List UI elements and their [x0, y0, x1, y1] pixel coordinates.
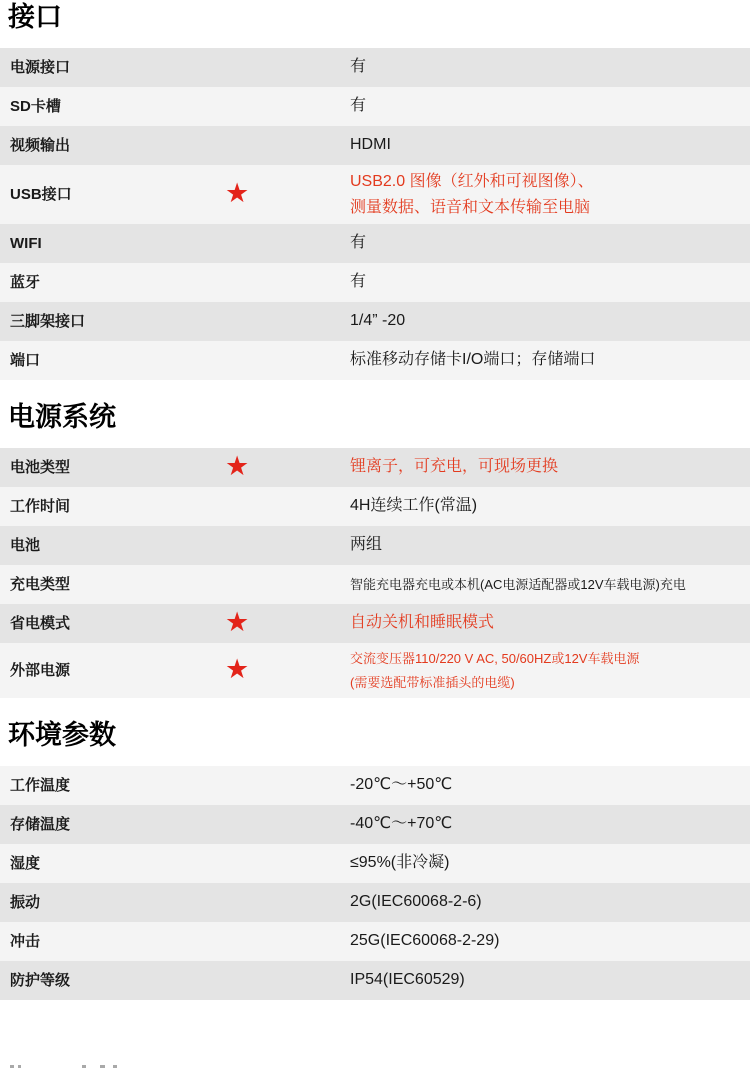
- section-title: 接口: [0, 2, 750, 33]
- spec-label: WIFI: [0, 234, 215, 254]
- star-cell: ★: [215, 610, 350, 637]
- spec-value: 交流变压器110/220 V AC, 50/60HZ或12V车载电源 (需要选配…: [350, 643, 750, 698]
- spec-value: HDMI: [350, 129, 750, 162]
- star-cell: [215, 824, 350, 825]
- spec-value: -20℃～+50℃: [350, 769, 750, 802]
- star-cell: [215, 360, 350, 361]
- spec-section: 电源系统 电池类型 ★ 锂离子，可充电，可现场更换 工作时间 4H连续工作(常温…: [0, 402, 750, 698]
- spec-row: 外部电源 ★ 交流变压器110/220 V AC, 50/60HZ或12V车载电…: [0, 643, 750, 698]
- star-cell: [215, 67, 350, 68]
- spec-label: 充电类型: [0, 575, 215, 595]
- star-cell: [215, 282, 350, 283]
- spec-value: 有: [350, 90, 750, 123]
- spec-label: SD卡槽: [0, 97, 215, 117]
- spec-value: IP54(IEC60529): [350, 964, 750, 997]
- spec-label: 湿度: [0, 854, 215, 874]
- star-cell: [215, 863, 350, 864]
- section-title: 环境参数: [0, 720, 750, 751]
- star-cell: [215, 941, 350, 942]
- star-cell: [215, 584, 350, 585]
- spec-row: SD卡槽 有: [0, 87, 750, 126]
- star-icon: ★: [225, 609, 249, 636]
- sections-container: 接口 电源接口 有 SD卡槽 有 视频输出 HDMI USB接口 ★ USB2.…: [0, 2, 750, 1000]
- spec-value: 1/4” -20: [350, 305, 750, 338]
- star-cell: [215, 321, 350, 322]
- spec-row: 工作时间 4H连续工作(常温): [0, 487, 750, 526]
- spec-row: 冲击 25G(IEC60068-2-29): [0, 922, 750, 961]
- spec-label: USB接口: [0, 185, 215, 205]
- spec-label: 省电模式: [0, 614, 215, 634]
- spec-row: 振动 2G(IEC60068-2-6): [0, 883, 750, 922]
- star-cell: [215, 902, 350, 903]
- star-cell: [215, 506, 350, 507]
- spec-value: 有: [350, 266, 750, 299]
- spec-value: 自动关机和睡眠模式: [350, 607, 750, 640]
- star-icon: ★: [225, 453, 249, 480]
- spec-row: 存储温度 -40℃～+70℃: [0, 805, 750, 844]
- spec-label: 工作温度: [0, 776, 215, 796]
- spec-section: 接口 电源接口 有 SD卡槽 有 视频输出 HDMI USB接口 ★ USB2.…: [0, 2, 750, 380]
- spec-label: 电池: [0, 536, 215, 556]
- spec-section: 环境参数 工作温度 -20℃～+50℃ 存储温度 -40℃～+70℃ 湿度 ≤9…: [0, 720, 750, 1000]
- section-title: 电源系统: [0, 402, 750, 433]
- spec-label: 视频输出: [0, 136, 215, 156]
- spec-row: 视频输出 HDMI: [0, 126, 750, 165]
- spec-label: 外部电源: [0, 661, 215, 681]
- star-cell: [215, 980, 350, 981]
- spec-row: 工作温度 -20℃～+50℃: [0, 766, 750, 805]
- spec-value: ≤95%(非冷凝): [350, 847, 750, 880]
- spec-label: 电池类型: [0, 458, 215, 478]
- spec-value: 2G(IEC60068-2-6): [350, 886, 750, 919]
- spec-table: 电源接口 有 SD卡槽 有 视频输出 HDMI USB接口 ★ USB2.0 图…: [0, 48, 750, 380]
- spec-label: 防护等级: [0, 971, 215, 991]
- clipped-text-fragment: [0, 1062, 750, 1068]
- spec-page: 接口 电源接口 有 SD卡槽 有 视频输出 HDMI USB接口 ★ USB2.…: [0, 2, 750, 1068]
- spec-value: USB2.0 图像（红外和可视图像）、 测量数据、语音和文本传输至电脑: [350, 165, 750, 224]
- spec-row: USB接口 ★ USB2.0 图像（红外和可视图像）、 测量数据、语音和文本传输…: [0, 165, 750, 224]
- spec-value: 4H连续工作(常温): [350, 490, 750, 523]
- star-cell: [215, 243, 350, 244]
- spec-label: 端口: [0, 351, 215, 371]
- spec-value: -40℃～+70℃: [350, 808, 750, 841]
- star-cell: [215, 106, 350, 107]
- spec-label: 蓝牙: [0, 273, 215, 293]
- spec-table: 电池类型 ★ 锂离子，可充电，可现场更换 工作时间 4H连续工作(常温) 电池 …: [0, 448, 750, 698]
- spec-label: 工作时间: [0, 497, 215, 517]
- spec-label: 振动: [0, 893, 215, 913]
- spec-row: WIFI 有: [0, 224, 750, 263]
- spec-row: 端口 标准移动存储卡I/O端口；存储端口: [0, 341, 750, 380]
- star-cell: [215, 545, 350, 546]
- star-cell: [215, 785, 350, 786]
- spec-label: 电源接口: [0, 58, 215, 78]
- star-icon: ★: [225, 180, 249, 207]
- star-cell: ★: [215, 657, 350, 684]
- star-cell: ★: [215, 454, 350, 481]
- spec-value: 标准移动存储卡I/O端口；存储端口: [350, 344, 750, 377]
- spec-label: 存储温度: [0, 815, 215, 835]
- spec-label: 冲击: [0, 932, 215, 952]
- spec-row: 防护等级 IP54(IEC60529): [0, 961, 750, 1000]
- spec-value: 有: [350, 227, 750, 260]
- spec-row: 充电类型 智能充电器充电或本机(AC电源适配器或12V车载电源)充电: [0, 565, 750, 604]
- star-cell: ★: [215, 181, 350, 208]
- spec-value: 有: [350, 51, 750, 84]
- spec-table: 工作温度 -20℃～+50℃ 存储温度 -40℃～+70℃ 湿度 ≤95%(非冷…: [0, 766, 750, 1000]
- star-cell: [215, 145, 350, 146]
- spec-row: 蓝牙 有: [0, 263, 750, 302]
- spec-value: 锂离子，可充电，可现场更换: [350, 451, 750, 484]
- spec-value: 智能充电器充电或本机(AC电源适配器或12V车载电源)充电: [350, 569, 750, 600]
- spec-row: 电源接口 有: [0, 48, 750, 87]
- spec-row: 湿度 ≤95%(非冷凝): [0, 844, 750, 883]
- spec-row: 电池 两组: [0, 526, 750, 565]
- spec-label: 三脚架接口: [0, 312, 215, 332]
- spec-value: 25G(IEC60068-2-29): [350, 925, 750, 958]
- spec-row: 省电模式 ★ 自动关机和睡眠模式: [0, 604, 750, 643]
- spec-value: 两组: [350, 529, 750, 562]
- star-icon: ★: [225, 656, 249, 683]
- spec-row: 电池类型 ★ 锂离子，可充电，可现场更换: [0, 448, 750, 487]
- spec-row: 三脚架接口 1/4” -20: [0, 302, 750, 341]
